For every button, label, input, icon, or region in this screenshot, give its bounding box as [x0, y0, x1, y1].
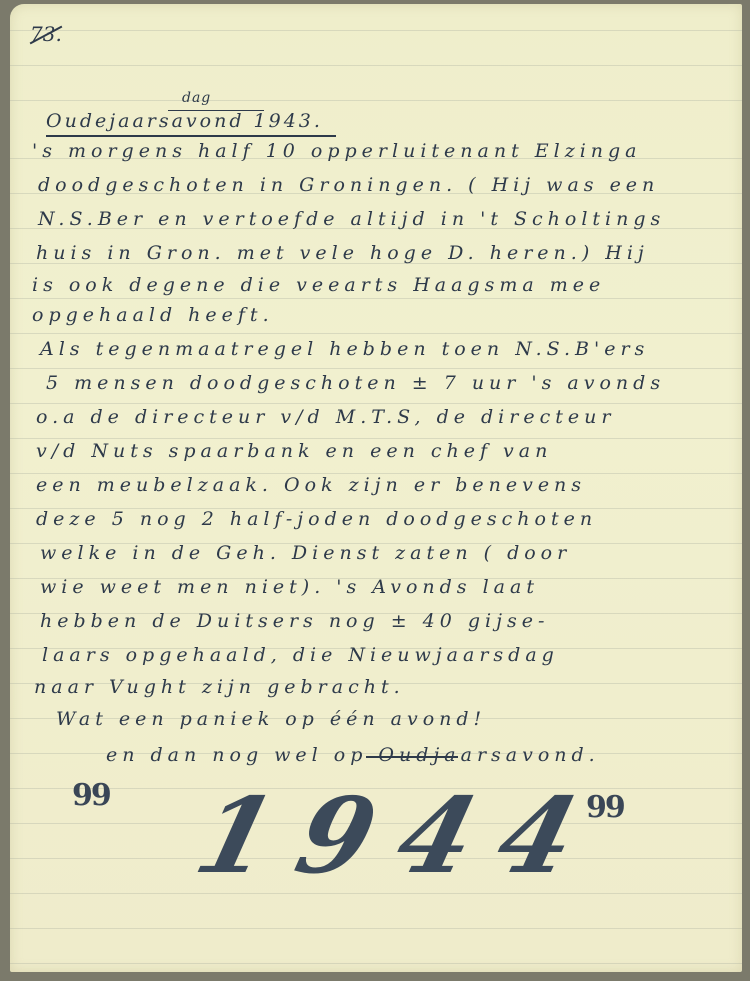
text-line: welke in de Geh. Dienst zaten ( door — [40, 542, 571, 564]
title-insertion: dag — [182, 90, 211, 106]
text-line: wie weet men niet). 's Avonds laat — [40, 576, 539, 598]
year-heading: 1944 — [185, 774, 617, 897]
entry-title: Oudejaarsavond 1943. — [46, 110, 323, 132]
close-quote: 99 — [586, 790, 624, 825]
text-line: en dan nog wel op Oudjaarsavond. — [106, 744, 600, 766]
text-line: v/d Nuts spaarbank en een chef van — [36, 440, 552, 462]
text-line: deze 5 nog 2 half-joden doodgeschoten — [36, 508, 597, 530]
text-line: 's morgens half 10 opperluitenant Elzing… — [32, 140, 642, 162]
text-line: hebben de Duitsers nog ± 40 gijse- — [40, 610, 549, 632]
text-line: een meubelzaak. Ook zijn er benevens — [36, 474, 586, 496]
title-underline — [46, 135, 336, 137]
text-line: N.S.Ber en vertoefde altijd in 't Scholt… — [38, 208, 665, 230]
diary-page: 73. dag Oudejaarsavond 1943. 's morgens … — [10, 4, 742, 972]
text-line: o.a de directeur v/d M.T.S, de directeur — [36, 406, 615, 428]
text-line: doodgeschoten in Groningen. ( Hij was ee… — [38, 174, 659, 196]
text-line: Wat een paniek op één avond! — [56, 708, 486, 730]
text-line: opgehaald heeft. — [32, 304, 274, 326]
text-line: is ook degene die veearts Haagsma mee — [32, 274, 605, 296]
text-line: Als tegenmaatregel hebben toen N.S.B'ers — [40, 338, 649, 360]
text-line: naar Vught zijn gebracht. — [34, 676, 405, 698]
section-divider — [366, 756, 458, 758]
text-line: laars opgehaald, die Nieuwjaarsdag — [42, 644, 559, 666]
open-quote: 99 — [72, 778, 110, 813]
text-line: 5 mensen doodgeschoten ± 7 uur 's avonds — [46, 372, 665, 394]
text-line: huis in Gron. met vele hoge D. heren.) H… — [36, 242, 649, 264]
